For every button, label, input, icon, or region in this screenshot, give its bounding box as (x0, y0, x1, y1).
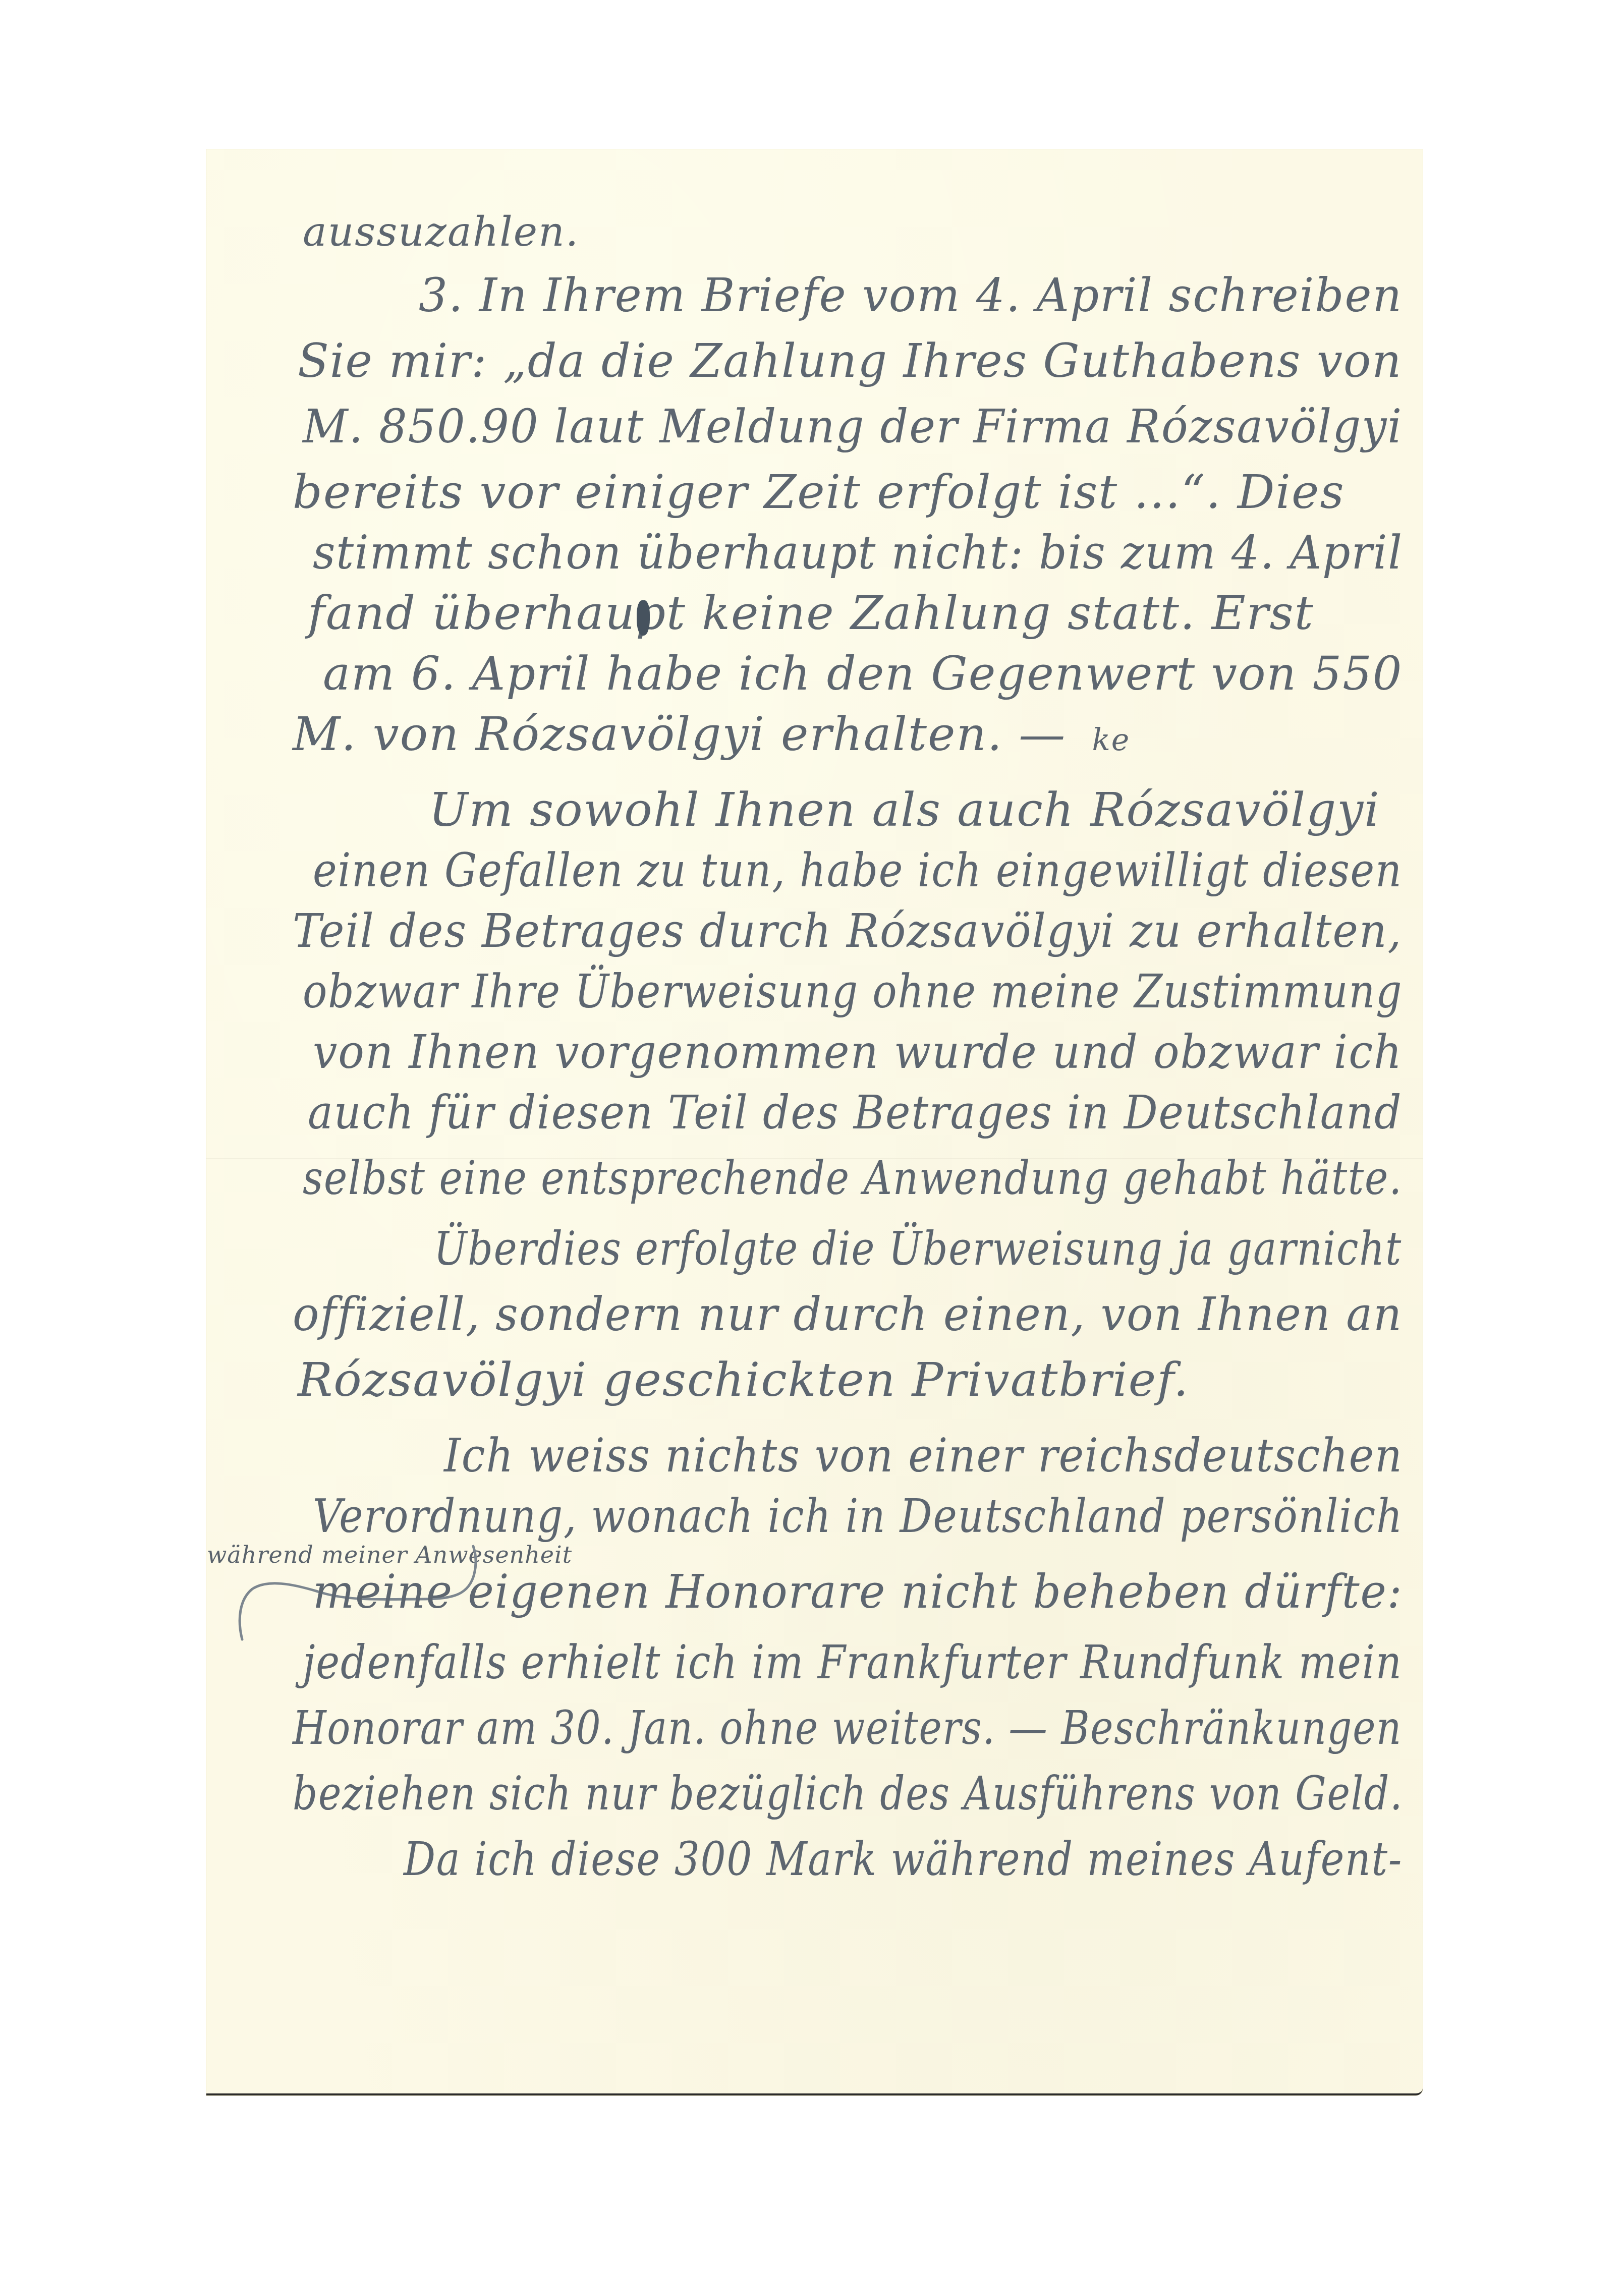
text-line-15: auch für diesen Teil des Betrages in Deu… (308, 1090, 1402, 1136)
text-line-6: stimmt schon überhaupt nicht: bis zum 4.… (313, 530, 1403, 576)
text-line-4: M. 850.90 laut Meldung der Firma Rózsavö… (303, 404, 1403, 450)
text-line-19: Rózsavölgyi geschickten Privatbrief. (298, 1357, 1189, 1403)
text-line-22: meine eigenen Honorare nicht beheben dür… (313, 1569, 1403, 1615)
text-line-17: Überdies erfolgte die Überweisung ja gar… (434, 1226, 1402, 1272)
text-line-21: Verordnung, wonach ich in Deutschland pe… (313, 1493, 1403, 1540)
ink-blot (637, 600, 650, 636)
text-line-14: von Ihnen vorgenommen wurde und obzwar i… (313, 1029, 1403, 1075)
text-line-24: Honorar am 30. Jan. ohne weiters. — Besc… (293, 1705, 1402, 1751)
text-line-9: M. von Rózsavölgyi erhalten. — ke (293, 711, 1130, 758)
text-line-20: Ich weiss nichts von einer reichsdeutsch… (444, 1433, 1403, 1479)
text-line-18: offiziell, sondern nur durch einen, von … (293, 1291, 1403, 1338)
text-line-25: beziehen sich nur bezüglich des Ausführe… (293, 1771, 1403, 1817)
text-line-8: am 6. April habe ich den Gegenwert von 5… (323, 651, 1403, 697)
text-line-9-content: M. von Rózsavölgyi erhalten. — (293, 707, 1066, 761)
text-line-11: einen Gefallen zu tun, habe ich eingewil… (313, 847, 1403, 894)
text-line-3: Sie mir: „da die Zahlung Ihres Guthabens… (298, 338, 1402, 384)
text-line-7: fand überhaupt keine Zahlung statt. Erst (308, 590, 1314, 637)
text-line-13: obzwar Ihre Überweisung ohne meine Zusti… (303, 969, 1403, 1015)
text-line-12: Teil des Betrages durch Rózsavölgyi zu e… (293, 908, 1402, 954)
text-line-1: aussuzahlen. (303, 212, 579, 252)
struck-mark: ke (1092, 722, 1130, 758)
text-line-23: jedenfalls erhielt ich im Frankfurter Ru… (303, 1639, 1403, 1686)
text-line-10: Um sowohl Ihnen als auch Rózsavölgyi (429, 787, 1380, 833)
text-line-5: bereits vor einiger Zeit erfolgt ist ...… (293, 469, 1345, 516)
text-line-16: selbst eine entsprechende Anwendung geha… (303, 1155, 1403, 1202)
text-line-2: 3. In Ihrem Briefe vom 4. April schreibe… (419, 272, 1403, 319)
text-line-26: Da ich diese 300 Mark während meines Auf… (404, 1836, 1403, 1883)
